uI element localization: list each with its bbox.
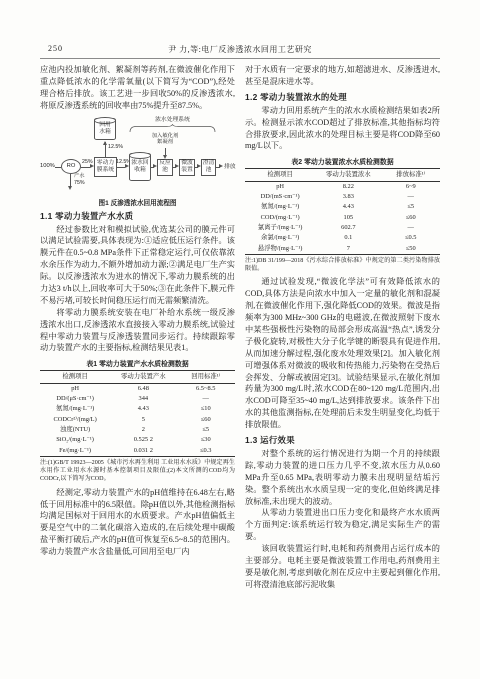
table-row: 浊度(NTU)2≤5: [40, 425, 235, 435]
microwave-label: 装置: [181, 167, 193, 174]
concentrate-tank-label: 收箱: [134, 167, 146, 174]
flow-diagram: 浓水处理系统 回用 水箱 12.5% 100%: [40, 116, 235, 194]
ro-label: RO: [67, 163, 76, 170]
paragraph: 对于水质有一定要求的地方,如超滤进水、反渗透进水,甚至是混床进水等。: [245, 64, 440, 88]
cell: 2: [110, 425, 176, 435]
paragraph: 将零动力膜系统安装在电厂补给水系统一级反渗透浓水出口,反渗透浓水直接接入零动力膜…: [40, 307, 235, 355]
table-1: 检测项目 零动力装置产水 回用标准¹⁾ pH6.486.5~8.5 DD/(μS…: [40, 370, 235, 457]
table-1-note: 注:(1)GB/T 19923—2005《城市污水再生利用 工业用水水质》中规定…: [40, 459, 235, 484]
feed-percent: 100%: [40, 163, 55, 169]
brace-icon: [129, 124, 216, 132]
cell: ≤30: [176, 435, 235, 445]
cell: ≤5: [381, 202, 440, 212]
paragraph: 从零动力装置进出口压力变化和最终产水水质两个方面判定:该系统运行较为稳定,满足实…: [245, 507, 440, 543]
table-row: pH6.486.5~8.5: [40, 383, 235, 394]
membrane-label: 膜系统: [97, 167, 114, 174]
paper-page: 250 尹 力,等:电厂反渗透浓水回用工艺研究 应池内投加敏化剂、絮凝剂等药剂,…: [0, 0, 480, 679]
cell: 0.1: [315, 233, 381, 243]
table-2-title: 表2 零动力装置浓水水质检测数据: [245, 156, 440, 166]
reuse-tank-label: 水箱: [99, 129, 111, 136]
cell: 0.031 2: [110, 446, 176, 457]
table-row: COD/(mg·L⁻¹)105≤60: [245, 213, 440, 223]
clarifier-label: 池: [206, 167, 212, 174]
running-title: 尹 力,等:电厂反渗透浓水回用工艺研究: [40, 44, 440, 55]
cell: ≤0.5: [381, 233, 440, 243]
reaction-pool: 反应 池: [157, 159, 173, 176]
clarifier-pool: 澄清 池: [201, 159, 216, 176]
table-1-header: 检测项目 零动力装置产水 回用标准¹⁾: [40, 371, 235, 383]
cell: ≤0.3: [176, 446, 235, 457]
membrane-label: 零动力: [97, 160, 114, 167]
table-2-note: 注:1)DB 31/199—2018《污水综合排放标准》中规定的第二类污染物排放…: [245, 257, 440, 273]
discharge-label: 排放: [224, 164, 236, 170]
cell: 氨氮/(mg·L⁻¹): [245, 202, 315, 212]
section-heading-1-2: 1.2 零动力装置浓水的处理: [245, 91, 440, 103]
cell: ≤10: [176, 404, 235, 414]
reuse-percent: 12.5%: [108, 145, 123, 151]
cell: —: [381, 223, 440, 233]
cell: COD/(mg·L⁻¹): [245, 213, 315, 223]
arrow-down-icon: [68, 186, 72, 192]
right-column: 对于水质有一定要求的地方,如超滤进水、反渗透进水,甚至是混床进水等。 1.2 零…: [245, 64, 440, 591]
cell: 3.83: [315, 192, 381, 202]
table-row: 悬浮物/(mg·L⁻¹)7≤50: [245, 244, 440, 255]
concentrate-tank: 浓水回 收箱: [129, 153, 151, 181]
table-row: 氯离子/(mg·L⁻¹)602.7—: [245, 223, 440, 233]
cell: —: [176, 394, 235, 404]
table-row: 氨氮/(mg·L⁻¹)4.43≤10: [40, 404, 235, 414]
table-1-title: 表1 零动力装置产水水质检测数据: [40, 358, 235, 368]
cell: —: [381, 192, 440, 202]
page-header: 250 尹 力,等:电厂反渗透浓水回用工艺研究: [40, 44, 440, 57]
table-row: SiO₂/(mg·L⁻¹)0.525 2≤30: [40, 435, 235, 445]
table-row: DD/(μS·cm⁻¹)344—: [40, 394, 235, 404]
paragraph: 零动力回用系统产生的浓水水质检测结果如表2所示。检测显示浓水COD超过了排放标准…: [245, 105, 440, 153]
cell: 氯离子/(mg·L⁻¹): [245, 223, 315, 233]
cell: 氨氮/(mg·L⁻¹): [40, 404, 110, 414]
cell: 悬浮物/(mg·L⁻¹): [245, 244, 315, 255]
left-column: 应池内投加敏化剂、絮凝剂等药剂,在微波催化作用下重点降低浓水的化学需氧量(以下简…: [40, 64, 235, 591]
reuse-tank: 回用 水箱: [94, 118, 116, 140]
table-2: 检测项目 零动力装置浓水 排放标准¹⁾ pH8.226~9 DD/(mS·cm⁻…: [245, 168, 440, 255]
column-header: 零动力装置产水: [110, 371, 176, 383]
cell: pH: [40, 383, 110, 394]
reaction-label: 池: [162, 167, 168, 174]
cell: 6~9: [381, 181, 440, 192]
cell: 浊度(NTU): [40, 425, 110, 435]
figure-caption: 图1 反渗透浓水回用流程图: [40, 197, 235, 207]
cell: 0.525 2: [110, 435, 176, 445]
column-header: 检测项目: [245, 169, 315, 181]
paragraph: 对整个系统的运行情况进行为期一个月的持续跟踪,零动力装置的进口压力几乎不变,浓水…: [245, 448, 440, 507]
paragraph: 经测定,零动力装置产水的pH值维持在6.48左右,略低于回用标准中的6.5限值。…: [40, 487, 235, 558]
header-rule: [40, 58, 440, 59]
column-header: 回用标准¹⁾: [176, 371, 235, 383]
table-row: 氨氮/(mg·L⁻¹)4.43≤5: [245, 202, 440, 212]
cell: pH: [245, 181, 315, 192]
table-row: DD/(mS·cm⁻¹)3.83—: [245, 192, 440, 202]
paragraph: 通过试验发现,“微波化学法”可有效降低浓水的COD,具体方法是向浓水中加入一定量…: [245, 276, 440, 431]
column-header: 零动力装置浓水: [315, 169, 381, 181]
flow-line: [117, 167, 125, 168]
ro-unit: RO: [61, 159, 81, 174]
cell: 6.48: [110, 383, 176, 394]
section-heading-1-3: 1.3 运行效果: [245, 434, 440, 446]
zero-power-membrane-unit: 零动力 膜系统: [94, 157, 117, 177]
cell: DD/(μS·cm⁻¹): [40, 394, 110, 404]
section-heading-1-1: 1.1 零动力装置产水水质: [40, 210, 235, 222]
two-column-body: 应池内投加敏化剂、絮凝剂等药剂,在微波催化作用下重点降低浓水的化学需氧量(以下简…: [40, 64, 440, 591]
flow-line: [81, 167, 90, 168]
cell: SiO₂/(mg·L⁻¹): [40, 435, 110, 445]
cell: 4.43: [315, 202, 381, 212]
paragraph: 该回收装置运行时,电耗和药剂费用占运行成本的主要部分。电耗主要是微波装置工作用电…: [245, 543, 440, 591]
cell: DD/(mS·cm⁻¹): [245, 192, 315, 202]
figure-1: 浓水处理系统 回用 水箱 12.5% 100%: [40, 116, 235, 207]
reuse-tank-label: 回用: [99, 122, 111, 129]
cell: 105: [315, 213, 381, 223]
table-row: 余氯/(mg·L⁻¹)0.1≤0.5: [245, 233, 440, 243]
dosing-line: 絮凝剂: [137, 139, 193, 145]
arrow-up-icon: [103, 139, 107, 145]
cell: 4.43: [110, 404, 176, 414]
microwave-device: 微波 装置: [179, 159, 195, 176]
column-header: 排放标准¹⁾: [381, 169, 440, 181]
table-row: CODCr²⁾/(mg/L)5≤60: [40, 415, 235, 425]
cell: 6.5~8.5: [176, 383, 235, 394]
cell: ≤60: [176, 415, 235, 425]
cell: ≤50: [381, 244, 440, 255]
product-percent: 75%: [74, 181, 85, 187]
concentrate-tank-label: 浓水回: [131, 160, 148, 167]
cell: 7: [315, 244, 381, 255]
product-label: 产水: [74, 174, 85, 180]
paragraph: 应池内投加敏化剂、絮凝剂等药剂,在微波催化作用下重点降低浓水的化学需氧量(以下简…: [40, 64, 235, 112]
cell: ≤5: [176, 425, 235, 435]
cell: 344: [110, 394, 176, 404]
cell: CODCr²⁾/(mg/L): [40, 415, 110, 425]
cell: 602.7: [315, 223, 381, 233]
paragraph: 经过参数比对和模拟试验,优选某公司的膜元件可以满足试验需要,具体表现为:①适应低…: [40, 224, 235, 307]
table-row: Fe/(mg·L⁻¹)0.031 2≤0.3: [40, 446, 235, 457]
cell: 5: [110, 415, 176, 425]
column-header: 检测项目: [40, 371, 110, 383]
cell: 余氯/(mg·L⁻¹): [245, 233, 315, 243]
dosing-label: 加入敏化剂 絮凝剂: [137, 133, 193, 146]
cell: 8.22: [315, 181, 381, 192]
table-2-header: 检测项目 零动力装置浓水 排放标准¹⁾: [245, 169, 440, 181]
cell: ≤60: [381, 213, 440, 223]
table-row: pH8.226~9: [245, 181, 440, 192]
cell: Fe/(mg·L⁻¹): [40, 446, 110, 457]
